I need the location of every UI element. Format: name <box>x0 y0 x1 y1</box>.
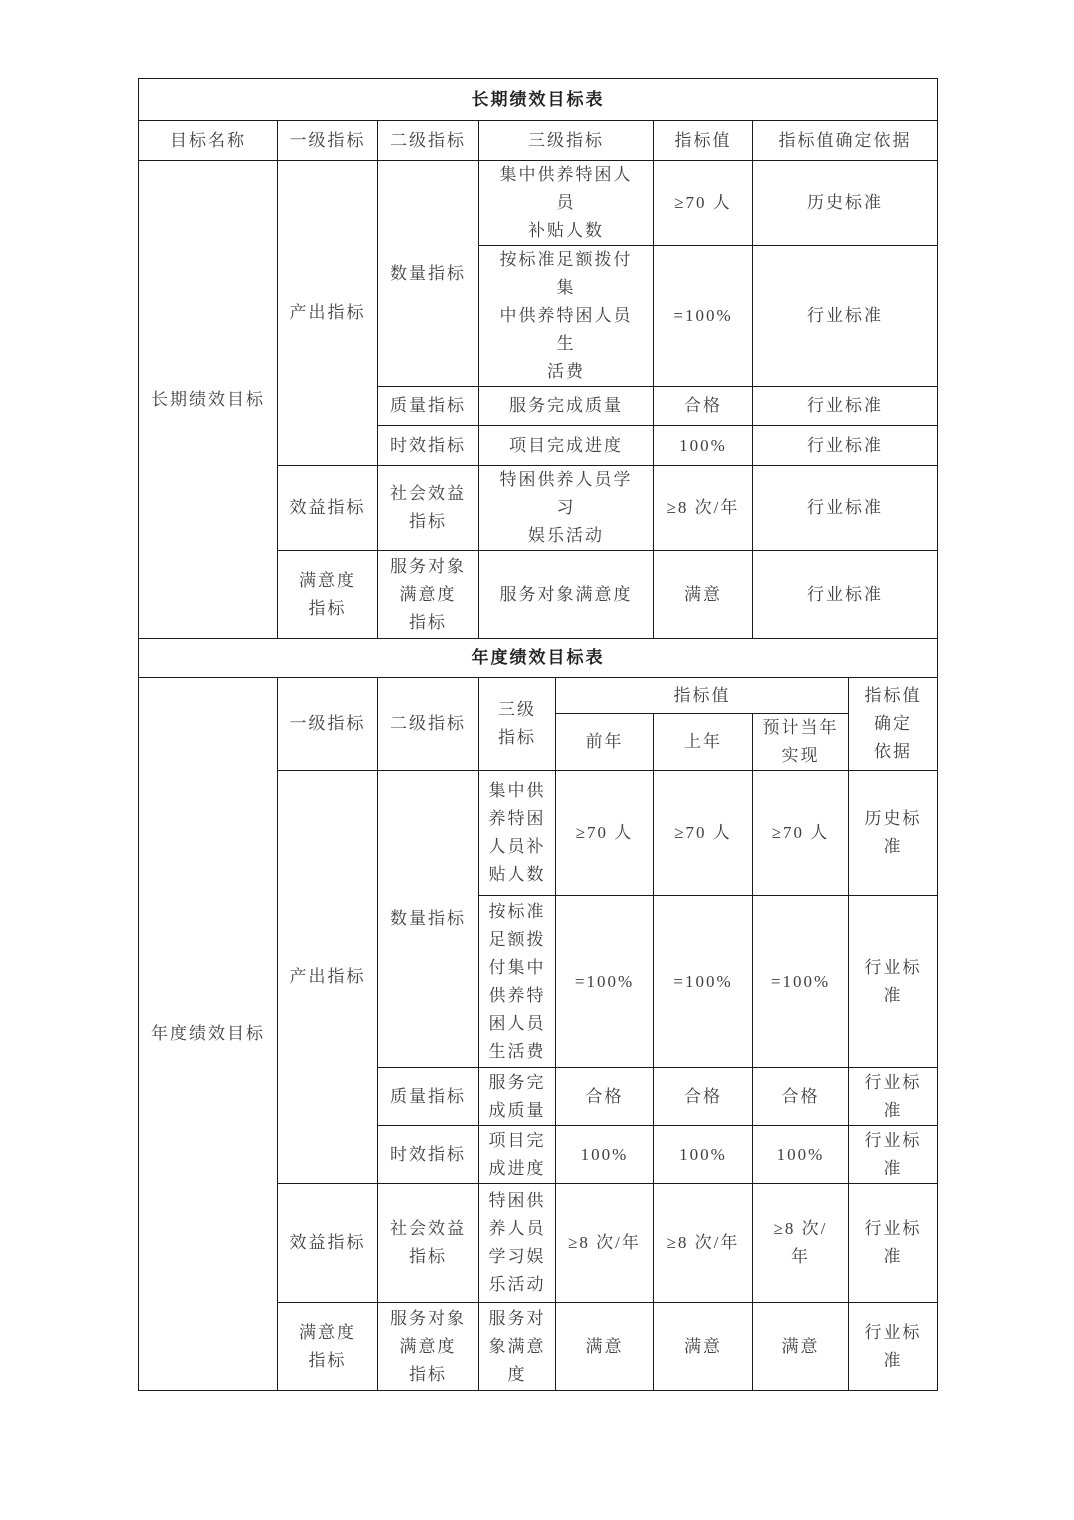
lt-r2-value: =100% <box>654 246 753 387</box>
an-header-level1: 一级指标 <box>278 678 378 771</box>
an-r5-basis: 行业标 准 <box>849 1184 938 1303</box>
lt-r2-basis: 行业标准 <box>753 246 938 387</box>
an-r1-basis: 历史标 准 <box>849 771 938 896</box>
lt-r4-basis: 行业标准 <box>753 426 938 466</box>
performance-tables: 长期绩效目标表 目标名称 一级指标 二级指标 三级指标 指标值 指标值确定依据 … <box>138 78 938 1391</box>
an-r6-basis: 行业标 准 <box>849 1303 938 1391</box>
an-r4-level3: 项目完 成进度 <box>479 1126 556 1184</box>
lt-level2-quantity: 数量指标 <box>378 161 479 387</box>
an-r2-v3: =100% <box>753 896 849 1068</box>
an-r5-level1: 效益指标 <box>278 1184 378 1303</box>
lt-header-level3: 三级指标 <box>479 121 654 161</box>
lt-r6-level1: 满意度 指标 <box>278 551 378 639</box>
lt-r1-value: ≥70 人 <box>654 161 753 246</box>
lt-r6-value: 满意 <box>654 551 753 639</box>
an-table-title: 年度绩效目标表 <box>139 639 938 678</box>
lt-r2-level3: 按标准足额拨付集 中供养特困人员生 活费 <box>479 246 654 387</box>
an-r3-basis: 行业标 准 <box>849 1068 938 1126</box>
an-r1-level3: 集中供 养特困 人员补 贴人数 <box>479 771 556 896</box>
an-header-level3: 三级 指标 <box>479 678 556 771</box>
an-header-current-year: 预计当年 实现 <box>753 714 849 771</box>
lt-r4-value: 100% <box>654 426 753 466</box>
an-header-year-before-last: 前年 <box>556 714 654 771</box>
an-header-value-group: 指标值 <box>556 678 849 714</box>
an-header-row-1: 年度绩效目标 一级指标 二级指标 三级 指标 指标值 指标值 确定 依据 <box>139 678 938 714</box>
an-r2-level3: 按标准 足额拨 付集中 供养特 困人员 生活费 <box>479 896 556 1068</box>
an-r3-level3: 服务完 成质量 <box>479 1068 556 1126</box>
lt-r3-level3: 服务完成质量 <box>479 387 654 426</box>
lt-row-1: 长期绩效目标 产出指标 数量指标 集中供养特困人员 补贴人数 ≥70 人 历史标… <box>139 161 938 246</box>
an-r3-v3: 合格 <box>753 1068 849 1126</box>
an-r6-v2: 满意 <box>654 1303 753 1391</box>
lt-header-basis: 指标值确定依据 <box>753 121 938 161</box>
lt-header-goal-name: 目标名称 <box>139 121 278 161</box>
lt-header-value: 指标值 <box>654 121 753 161</box>
an-r6-v1: 满意 <box>556 1303 654 1391</box>
an-r1-v2: ≥70 人 <box>654 771 753 896</box>
lt-r4-level3: 项目完成进度 <box>479 426 654 466</box>
lt-table-title: 长期绩效目标表 <box>139 79 938 121</box>
lt-r5-level1: 效益指标 <box>278 466 378 551</box>
an-r2-v2: =100% <box>654 896 753 1068</box>
an-r4-v2: 100% <box>654 1126 753 1184</box>
lt-r6-level3: 服务对象满意度 <box>479 551 654 639</box>
lt-r5-basis: 行业标准 <box>753 466 938 551</box>
an-r6-level2: 服务对象 满意度 指标 <box>378 1303 479 1391</box>
an-r3-level2: 质量指标 <box>378 1068 479 1126</box>
lt-title-row: 长期绩效目标表 <box>139 79 938 121</box>
an-r1-v3: ≥70 人 <box>753 771 849 896</box>
an-r4-basis: 行业标 准 <box>849 1126 938 1184</box>
lt-r5-level3: 特困供养人员学习 娱乐活动 <box>479 466 654 551</box>
lt-header-row: 目标名称 一级指标 二级指标 三级指标 指标值 指标值确定依据 <box>139 121 938 161</box>
lt-r1-basis: 历史标准 <box>753 161 938 246</box>
an-header-level2: 二级指标 <box>378 678 479 771</box>
an-r3-v1: 合格 <box>556 1068 654 1126</box>
document-page: 长期绩效目标表 目标名称 一级指标 二级指标 三级指标 指标值 指标值确定依据 … <box>0 0 1074 1520</box>
lt-r6-basis: 行业标准 <box>753 551 938 639</box>
lt-goal-cell: 长期绩效目标 <box>139 161 278 639</box>
an-r5-v3: ≥8 次/ 年 <box>753 1184 849 1303</box>
lt-header-level1: 一级指标 <box>278 121 378 161</box>
an-header-basis: 指标值 确定 依据 <box>849 678 938 771</box>
an-r4-v1: 100% <box>556 1126 654 1184</box>
lt-r6-level2: 服务对象 满意度 指标 <box>378 551 479 639</box>
an-r4-level2: 时效指标 <box>378 1126 479 1184</box>
an-level1-output: 产出指标 <box>278 771 378 1184</box>
annual-performance-table: 年度绩效目标表 年度绩效目标 一级指标 二级指标 三级 指标 指标值 指标值 确… <box>138 638 938 1391</box>
an-r2-v1: =100% <box>556 896 654 1068</box>
an-r5-level3: 特困供 养人员 学习娱 乐活动 <box>479 1184 556 1303</box>
an-r5-v1: ≥8 次/年 <box>556 1184 654 1303</box>
an-r6-level3: 服务对 象满意 度 <box>479 1303 556 1391</box>
an-r5-level2: 社会效益 指标 <box>378 1184 479 1303</box>
lt-r3-basis: 行业标准 <box>753 387 938 426</box>
an-r3-v2: 合格 <box>654 1068 753 1126</box>
an-r1-v1: ≥70 人 <box>556 771 654 896</box>
lt-r5-value: ≥8 次/年 <box>654 466 753 551</box>
an-title-row: 年度绩效目标表 <box>139 639 938 678</box>
lt-header-level2: 二级指标 <box>378 121 479 161</box>
lt-level1-output: 产出指标 <box>278 161 378 466</box>
an-r5-v2: ≥8 次/年 <box>654 1184 753 1303</box>
long-term-performance-table: 长期绩效目标表 目标名称 一级指标 二级指标 三级指标 指标值 指标值确定依据 … <box>138 78 938 639</box>
an-level2-quantity: 数量指标 <box>378 771 479 1068</box>
an-goal-cell: 年度绩效目标 <box>139 678 278 1391</box>
lt-r1-level3: 集中供养特困人员 补贴人数 <box>479 161 654 246</box>
lt-r3-level2: 质量指标 <box>378 387 479 426</box>
an-r2-basis: 行业标 准 <box>849 896 938 1068</box>
an-r4-v3: 100% <box>753 1126 849 1184</box>
an-header-last-year: 上年 <box>654 714 753 771</box>
lt-r3-value: 合格 <box>654 387 753 426</box>
an-r6-v3: 满意 <box>753 1303 849 1391</box>
lt-r4-level2: 时效指标 <box>378 426 479 466</box>
lt-r5-level2: 社会效益 指标 <box>378 466 479 551</box>
an-r6-level1: 满意度 指标 <box>278 1303 378 1391</box>
